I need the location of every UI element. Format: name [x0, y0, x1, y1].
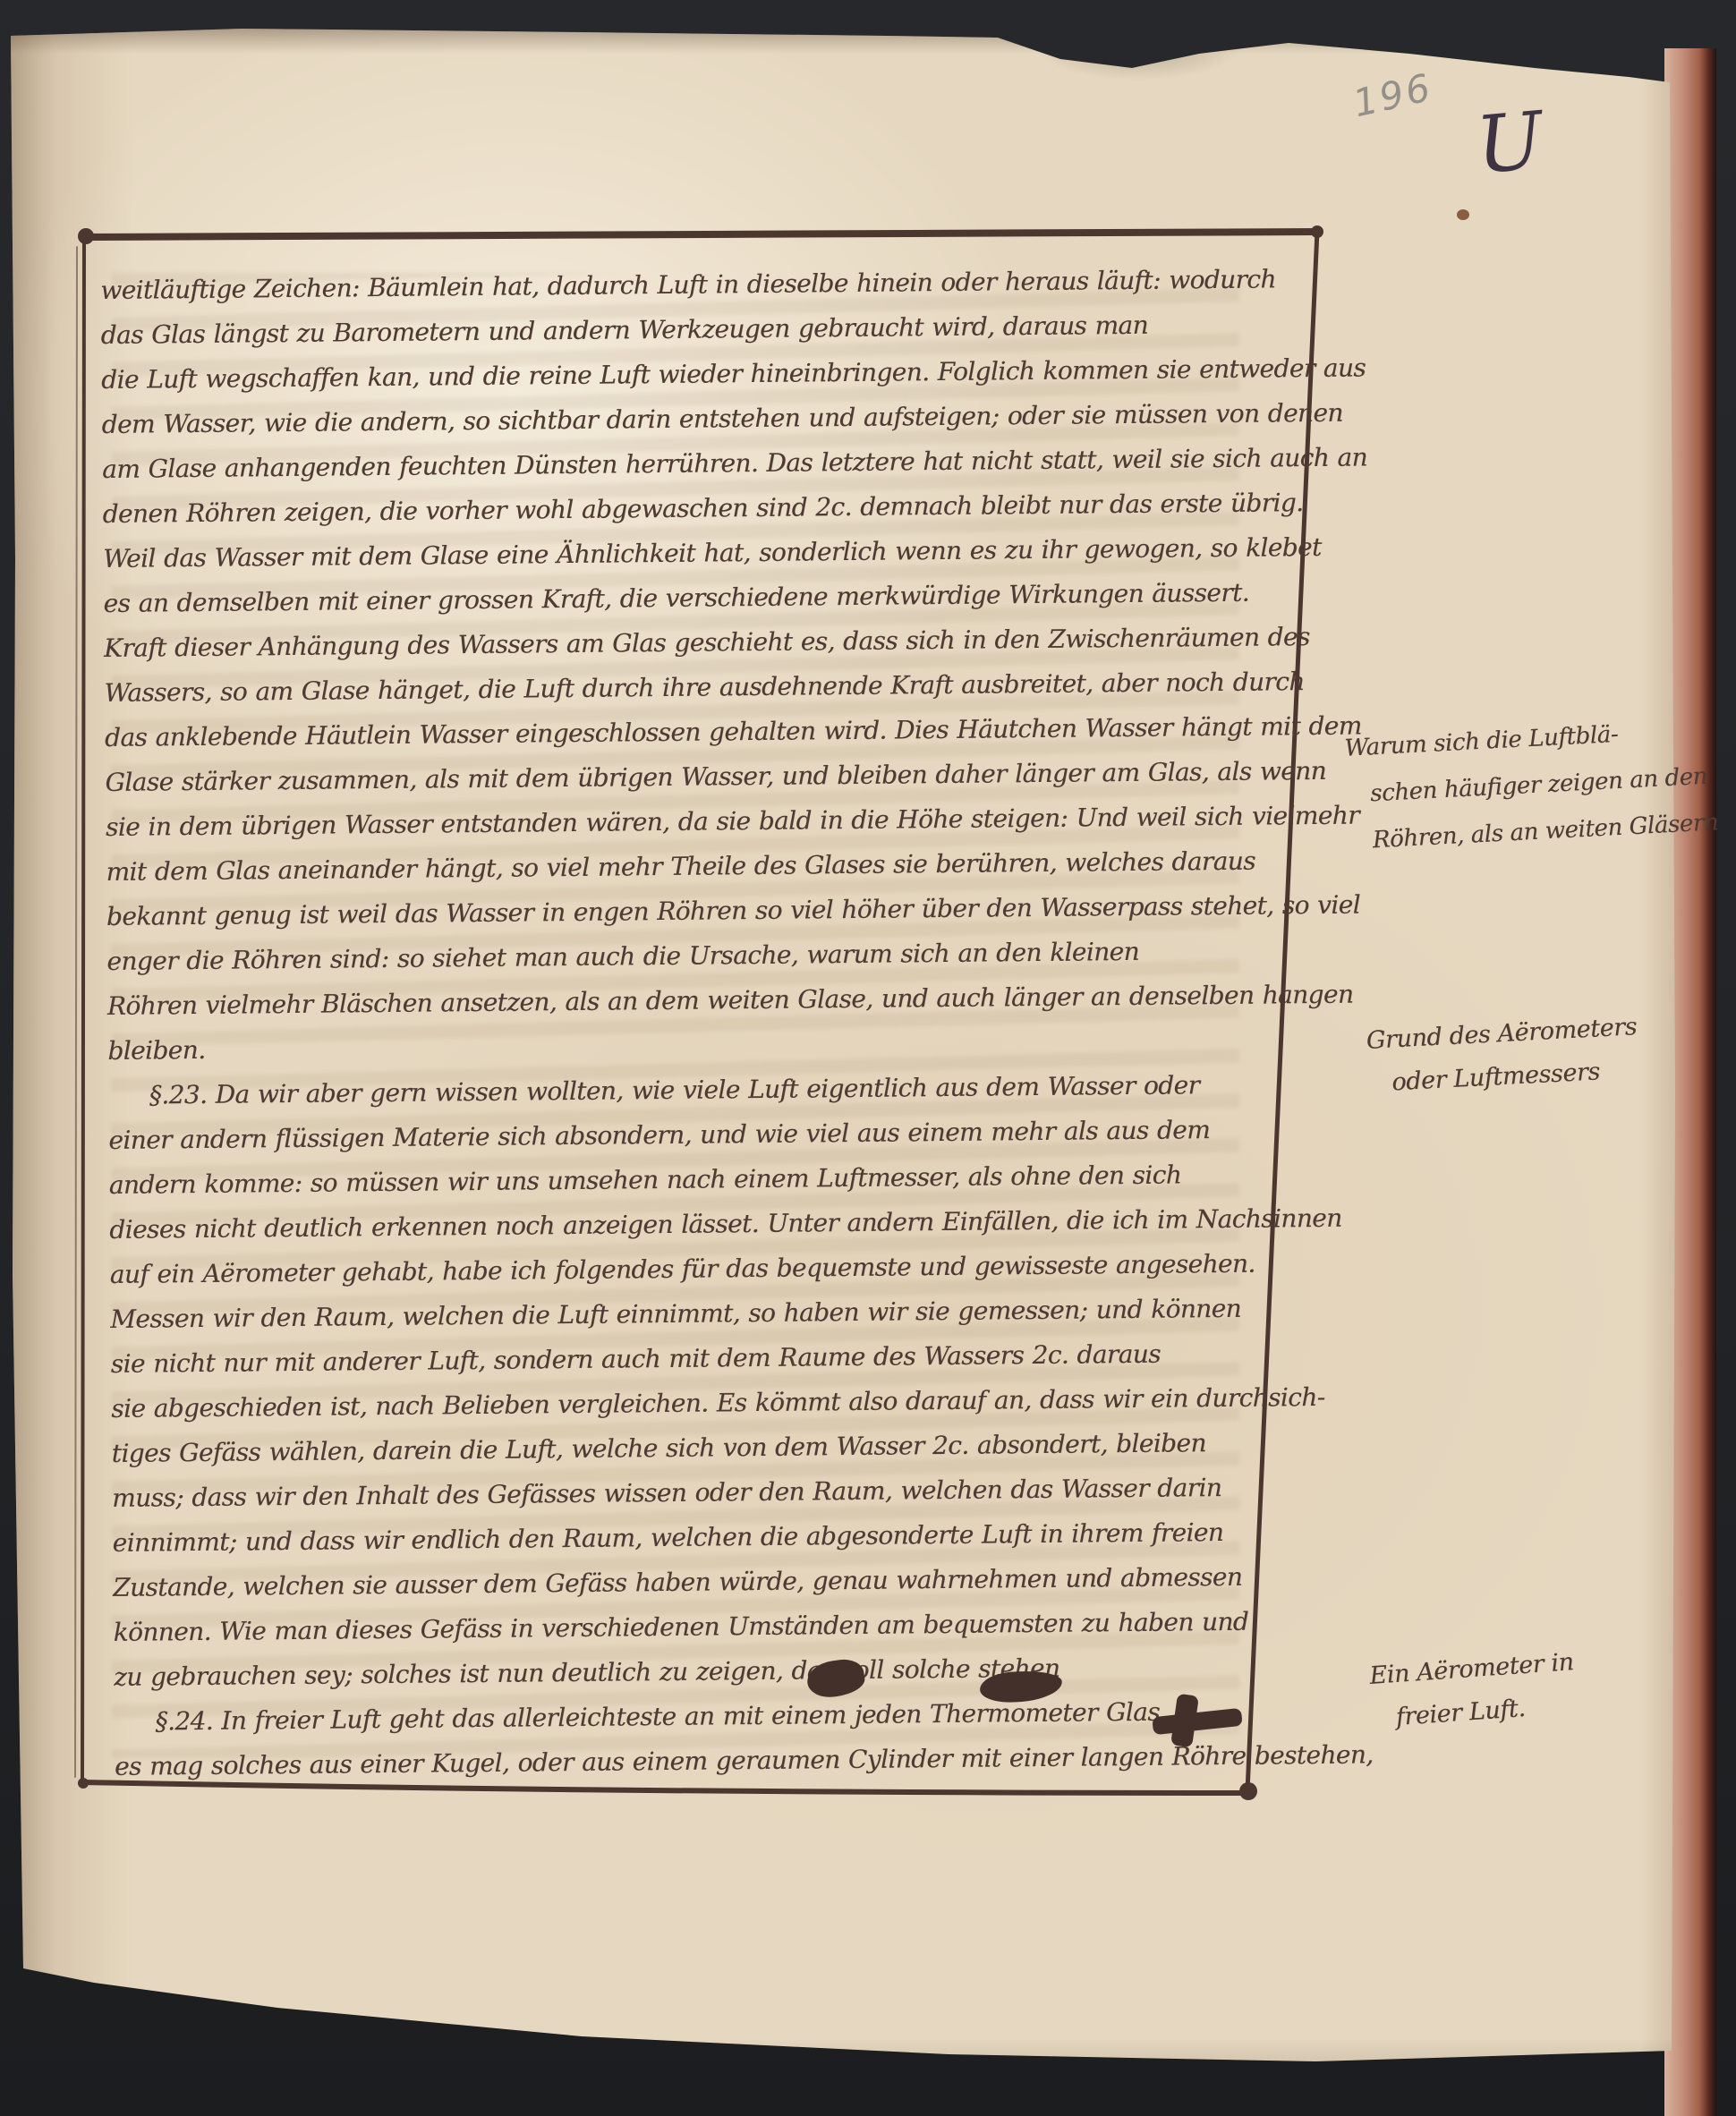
- ink-dot: [1457, 209, 1469, 220]
- manuscript-text: weitläuftige Zeichen: Bäumlein hat, dadu…: [100, 258, 1278, 1789]
- margin-note-aerometer-open-air: Ein Aërometer in freier Luft.: [1368, 1641, 1579, 1741]
- margin-note-aerometer-principle: Grund des Aërometers oder Luftmessers: [1366, 1006, 1640, 1106]
- manuscript-scan: weitläuftige Zeichen: Bäumlein hat, dadu…: [0, 0, 1736, 2116]
- margin-note-air-bubbles: Warum sich die Luftblä- schen häufiger z…: [1343, 706, 1719, 864]
- section-letter: U: [1473, 94, 1547, 191]
